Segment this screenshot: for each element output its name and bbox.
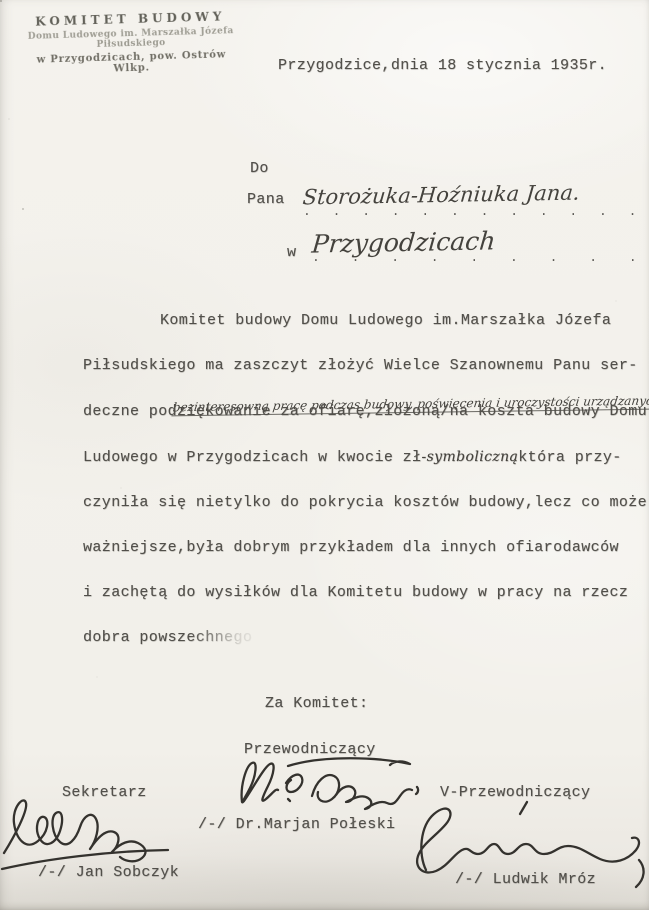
scanned-letter-page: KOMITET BUDOWY Domu Ludowego im. Marszał… [0,0,649,910]
body-line-4: Ludowego w Przygodzicach w kwocie zł-sym… [83,449,622,466]
body-line-3: deczne podziękowanie za ofiarę,złożoną/n… [83,403,647,420]
body-line-4-handwritten-amount: -symboliczną [421,449,518,465]
addressee-salutation: Pana [247,191,285,208]
letterhead-institution-line: Domu Ludowego im. Marszałka Józefa Piłsu… [16,26,246,52]
addressee-to: Do [250,160,269,177]
body-line-7: i zachętą do wysiłków dla Komitetu budow… [83,584,628,601]
closing-for-committee: Za Komitet: [265,695,368,712]
secretary-signature [0,793,185,875]
body-line-4-post: która przy- [518,449,621,466]
paper-noise-specks [0,0,2,2]
chairman-name: /-/ Dr.Marjan Połeski [198,816,395,833]
body-line-2: Piłsudskiego ma zaszczyt złożyć Wielce S… [83,357,638,374]
body-line-5: czyniła się nietylko do pokrycia kosztów… [83,494,647,511]
body-line-8: dobra powszechnego [83,629,252,646]
addressee-place-dotted-line: . . . . . . . . . . . . . [312,250,649,265]
addressee-in-prefix: w [287,244,296,261]
vice-chairman-name: /-/ Ludwik Mróz [455,871,596,888]
secretary-name: /-/ Jan Sobczyk [38,864,179,881]
addressee-name-dotted-line: . . . . . . . . . . . . . . . . . . . [303,204,649,219]
dateline: Przygodzice,dnia 18 stycznia 1935r. [278,57,607,74]
body-line-1: Komitet budowy Domu Ludowego im.Marszałk… [160,312,611,329]
letterhead-stamp: KOMITET BUDOWY Domu Ludowego im. Marszał… [15,9,247,77]
body-line-6: ważniejsze,była dobrym przykładem dla in… [83,539,619,556]
body-line-4-pre: Ludowego w Przygodzicach w kwocie zł [83,449,421,466]
letterhead-location-line: w Przygodzicach, pow. Ostrów Wlkp. [16,49,247,77]
